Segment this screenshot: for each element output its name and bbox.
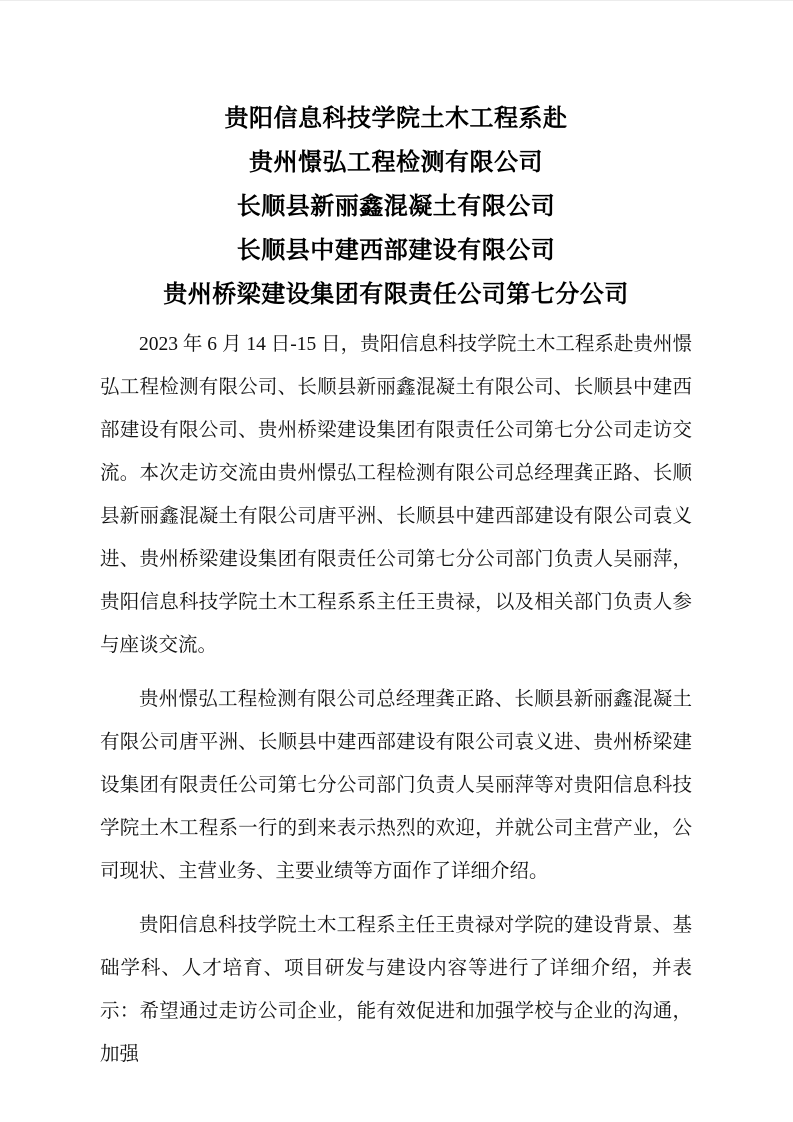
paragraph-1: 2023 年 6 月 14 日-15 日，贵阳信息科技学院土木工程系赴贵州憬弘工… [100,323,692,667]
document-title-line-5: 贵州桥梁建设集团有限责任公司第七分公司 [100,273,692,317]
paragraph-2: 贵州憬弘工程检测有限公司总经理龚正路、长顺县新丽鑫混凝土有限公司唐平洲、长顺县中… [100,678,692,893]
document-title-line-2: 贵州憬弘工程检测有限公司 [100,141,692,185]
document-page: 贵阳信息科技学院土木工程系赴 贵州憬弘工程检测有限公司 长顺县新丽鑫混凝土有限公… [0,0,793,1122]
document-title: 贵阳信息科技学院土木工程系赴 贵州憬弘工程检测有限公司 长顺县新丽鑫混凝土有限公… [100,97,692,317]
document-body: 2023 年 6 月 14 日-15 日，贵阳信息科技学院土木工程系赴贵州憬弘工… [100,323,692,1076]
document-title-line-1: 贵阳信息科技学院土木工程系赴 [100,97,692,141]
document-title-line-3: 长顺县新丽鑫混凝土有限公司 [100,185,692,229]
document-title-line-4: 长顺县中建西部建设有限公司 [100,229,692,273]
paragraph-3: 贵阳信息科技学院土木工程系主任王贵禄对学院的建设背景、基础学科、人才培育、项目研… [100,904,692,1076]
